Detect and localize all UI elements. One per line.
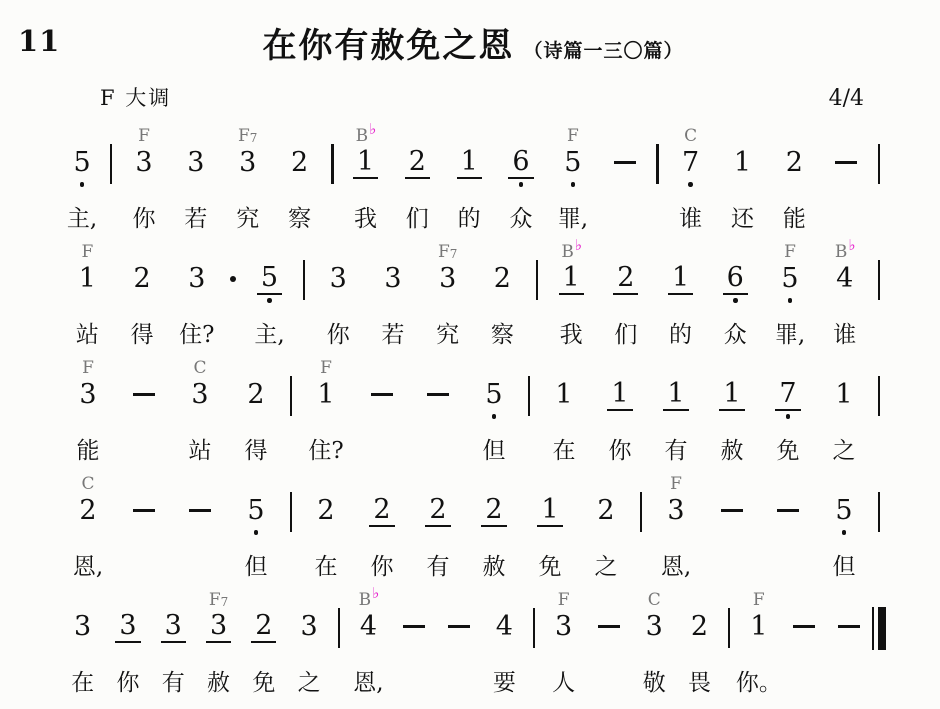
note-digit: 5 <box>481 380 506 410</box>
chord-letter: F <box>784 242 796 262</box>
chord-label: F <box>784 238 796 262</box>
barline <box>284 354 298 467</box>
note-cell: 3在 <box>60 586 105 699</box>
held-note-dash <box>116 378 172 411</box>
note-number: 3 <box>60 610 105 643</box>
barline-stroke <box>878 376 881 416</box>
lyric-char: 察 <box>491 306 514 351</box>
held-note-dash <box>586 610 631 643</box>
barline <box>872 122 886 235</box>
barline <box>527 586 541 699</box>
note-digit: 6 <box>508 147 533 179</box>
note-digit: 1 <box>668 263 693 295</box>
dash-cell <box>760 470 816 583</box>
octave-dot <box>267 295 272 306</box>
hymn-title: 在你有赦免之恩 <box>262 27 514 65</box>
note-digit: 4 <box>356 612 381 642</box>
note-digit: 4 <box>832 264 857 294</box>
note-cell: 3若 <box>170 122 222 235</box>
final-barline-strokes <box>872 607 887 650</box>
chord-label: F <box>558 586 570 610</box>
note-cell: C2恩, <box>60 470 116 583</box>
dash-stroke <box>793 625 815 628</box>
note-digit: 3 <box>131 148 156 178</box>
note-number: 1 <box>648 378 704 411</box>
chord-label: F7 <box>238 122 257 146</box>
barline-stroke <box>290 376 293 416</box>
note-digit: 5 <box>560 148 585 178</box>
note-cell: 1还 <box>717 122 769 235</box>
octave-dot-glyph <box>267 298 272 303</box>
chord-label: F <box>320 354 332 378</box>
note-digit: 2 <box>313 496 338 526</box>
flat-icon: ♭ <box>848 235 855 255</box>
note-number: 3 <box>222 146 274 179</box>
flat-icon: ♭ <box>575 235 582 255</box>
lyric-char: 恩, <box>661 538 691 583</box>
barline <box>872 354 886 467</box>
time-signature: 4/4 <box>829 86 864 111</box>
note-cell: 2之 <box>578 470 634 583</box>
lyric-char: 要 <box>493 654 516 699</box>
note-cell: B♭1我 <box>340 122 392 235</box>
note-digit: 1 <box>537 495 562 527</box>
lyric-char: 你 <box>371 538 394 583</box>
barline-stroke <box>533 608 536 648</box>
meta-row: F 大调 4/4 <box>100 82 864 112</box>
held-note-dash <box>354 378 410 411</box>
lyric-char: 得 <box>245 422 268 467</box>
lyric-char: 你。 <box>736 654 782 699</box>
augmentation-dot-cell <box>224 238 242 351</box>
note-digit: 2 <box>251 611 276 643</box>
note-number: 1 <box>544 262 599 295</box>
dash-stroke <box>371 393 393 396</box>
lyric-char: 众 <box>724 306 747 351</box>
chord-letter: F <box>138 126 150 146</box>
title-row: 在你有赦免之恩 （诗篇一三〇篇） <box>60 20 886 72</box>
lyric-char: 得 <box>131 306 154 351</box>
flat-icon: ♭ <box>372 583 379 603</box>
note-digit: 3 <box>184 264 209 294</box>
lyric-char: 谁 <box>679 190 702 235</box>
note-cell: 2畏 <box>677 586 722 699</box>
chord-subscript: 7 <box>221 592 229 612</box>
note-number: 3 <box>169 262 224 295</box>
note-number: 3 <box>648 494 704 527</box>
chord-letter: C <box>648 590 661 610</box>
lyric-char: 恩, <box>353 654 383 699</box>
note-number: 2 <box>677 610 722 643</box>
chord-letter: C <box>684 126 697 146</box>
lyric-char: 究 <box>436 306 459 351</box>
note-cell: F5罪, <box>547 122 599 235</box>
note-number: 3 <box>286 610 331 643</box>
note-cell: 2在 <box>298 470 354 583</box>
lyric-char: 你 <box>133 190 156 235</box>
dash-stroke <box>614 161 636 164</box>
note-number: 2 <box>115 262 170 295</box>
note-cell: F73究 <box>420 238 475 351</box>
octave-dot <box>492 411 497 422</box>
note-cell: 1在 <box>536 354 592 467</box>
note-digit: 1 <box>730 148 755 178</box>
dash-stroke <box>598 625 620 628</box>
barline-stroke <box>536 260 539 300</box>
lyric-char: 察 <box>288 190 311 235</box>
held-note-dash <box>827 610 872 643</box>
note-digit: 2 <box>287 148 312 178</box>
chord-label: F <box>138 122 150 146</box>
note-number: 1 <box>60 262 115 295</box>
octave-dot <box>254 527 259 538</box>
lyric-char: 免 <box>539 538 562 583</box>
held-note-dash <box>391 610 436 643</box>
octave-dot-glyph <box>571 182 576 187</box>
chord-letter: B <box>359 590 372 610</box>
chord-letter: F <box>238 126 250 146</box>
octave-dot <box>519 179 524 190</box>
chord-label: B♭ <box>359 586 379 610</box>
note-digit: 2 <box>369 495 394 527</box>
held-note-dash <box>704 494 760 527</box>
note-digit: 2 <box>490 264 515 294</box>
lyric-char: 们 <box>614 306 637 351</box>
chord-label: F <box>753 586 765 610</box>
lyric-char: 站 <box>76 306 99 351</box>
barline-stroke <box>656 144 659 184</box>
note-number: 5 <box>466 378 522 411</box>
lyric-char: 但 <box>245 538 268 583</box>
dash-cell <box>354 354 410 467</box>
held-note-dash <box>172 494 228 527</box>
dash-cell <box>781 586 826 699</box>
dash-stroke <box>777 509 799 512</box>
chord-letter: F <box>438 242 450 262</box>
note-cell: B♭1我 <box>544 238 599 351</box>
chord-label: C <box>193 354 206 378</box>
barline-stroke <box>528 376 531 416</box>
barline-stroke <box>290 492 293 532</box>
note-digit: 2 <box>613 263 638 295</box>
note-cell: 6众 <box>708 238 763 351</box>
note-number: 2 <box>578 494 634 527</box>
dash-cell <box>704 470 760 583</box>
chord-label: B♭ <box>561 238 581 262</box>
note-digit: 3 <box>435 264 460 294</box>
chord-letter: F <box>558 590 570 610</box>
lyric-char: 主, <box>67 190 97 235</box>
note-cell: C3敬 <box>632 586 677 699</box>
note-cell: 7免 <box>760 354 816 467</box>
held-note-dash <box>820 146 872 179</box>
system-3: F3能C3站2得F1住?5但1在1你1有1赦7免1之 <box>60 354 886 467</box>
barline <box>530 238 544 351</box>
note-cell: F1住? <box>298 354 354 467</box>
note-cell: 1你 <box>592 354 648 467</box>
dash-stroke <box>133 509 155 512</box>
chord-letter: B <box>356 126 369 146</box>
note-number: 5 <box>60 146 104 179</box>
barline <box>872 470 886 583</box>
dash-stroke <box>427 393 449 396</box>
octave-dot-glyph <box>842 530 847 535</box>
note-cell: F1站 <box>60 238 115 351</box>
lyric-char: 我 <box>560 306 583 351</box>
note-digit: 1 <box>559 263 584 295</box>
note-cell: F5罪, <box>763 238 818 351</box>
note-number: 2 <box>466 494 522 527</box>
note-number: 4 <box>482 610 527 643</box>
note-number: 5 <box>242 262 297 295</box>
note-number: 5 <box>763 262 818 295</box>
note-digit: 3 <box>663 496 688 526</box>
note-cell: 1之 <box>816 354 872 467</box>
note-number: 1 <box>298 378 354 411</box>
note-digit: 4 <box>492 612 517 642</box>
note-number: 4 <box>346 610 391 643</box>
held-note-dash <box>116 494 172 527</box>
lyric-char: 住? <box>308 422 343 467</box>
note-cell: 5但 <box>228 470 284 583</box>
dash-cell <box>172 470 228 583</box>
note-digit: 3 <box>187 380 212 410</box>
barline <box>651 122 665 235</box>
note-cell: 3若 <box>366 238 421 351</box>
note-digit: 1 <box>457 147 482 179</box>
chord-letter: F <box>82 358 94 378</box>
lyric-char: 能 <box>783 190 806 235</box>
dash-cell <box>410 354 466 467</box>
final-bar-thick <box>878 607 886 650</box>
note-cell: 3有 <box>151 586 196 699</box>
note-cell: 1赦 <box>704 354 760 467</box>
note-cell: B♭4谁 <box>817 238 872 351</box>
note-cell: 1的 <box>443 122 495 235</box>
note-cell: 4要 <box>482 586 527 699</box>
note-cell: F3你 <box>118 122 170 235</box>
octave-dot <box>80 179 85 190</box>
barline <box>522 354 536 467</box>
note-number: 1 <box>536 378 592 411</box>
note-digit: 1 <box>607 379 632 411</box>
note-cell: F3人 <box>541 586 586 699</box>
barline <box>104 122 118 235</box>
hymn-number: 11 <box>18 24 60 58</box>
note-digit: 3 <box>206 611 231 643</box>
note-number: 2 <box>391 146 443 179</box>
octave-dot-glyph <box>688 182 693 187</box>
chord-label: C <box>648 586 661 610</box>
note-number: 2 <box>298 494 354 527</box>
system-5: 3在3你3有F73赦2免3之B♭4恩,4要F3人C3敬2畏F1你。 <box>60 586 886 699</box>
note-digit: 3 <box>115 611 140 643</box>
note-digit: 3 <box>75 380 100 410</box>
note-number: 3 <box>170 146 222 179</box>
lyric-char: 之 <box>298 654 321 699</box>
note-digit: 3 <box>297 612 322 642</box>
system-4: C2恩,5但2在2你2有2赦1免2之F3恩,5但 <box>60 470 886 583</box>
note-cell: 2得 <box>115 238 170 351</box>
note-number: 1 <box>592 378 648 411</box>
chord-subscript: 7 <box>250 128 258 148</box>
chord-label: F7 <box>438 238 457 262</box>
lyric-char: 们 <box>406 190 429 235</box>
lyric-char: 有 <box>665 422 688 467</box>
dash-stroke <box>835 161 857 164</box>
note-number: 6 <box>495 146 547 179</box>
note-number: 2 <box>410 494 466 527</box>
note-cell: F73究 <box>222 122 274 235</box>
note-cell: 2们 <box>598 238 653 351</box>
lyric-char: 若 <box>381 306 404 351</box>
note-number: 3 <box>172 378 228 411</box>
octave-dot <box>786 411 791 422</box>
lyric-char: 你 <box>327 306 350 351</box>
lyric-char: 恩, <box>73 538 103 583</box>
lyric-char: 你 <box>116 654 139 699</box>
note-cell: 2你 <box>354 470 410 583</box>
note-number: 5 <box>228 494 284 527</box>
note-digit: 1 <box>353 147 378 179</box>
note-digit: 1 <box>313 380 338 410</box>
note-number: 3 <box>420 262 475 295</box>
note-cell: 3你 <box>105 586 150 699</box>
note-digit: 5 <box>257 263 282 295</box>
note-number: 1 <box>522 494 578 527</box>
barline-stroke <box>110 144 113 184</box>
dash-cell <box>116 354 172 467</box>
chord-letter: F <box>753 590 765 610</box>
octave-dot-glyph <box>733 298 738 303</box>
note-digit: 2 <box>481 495 506 527</box>
hymn-subtitle: （诗篇一三〇篇） <box>524 41 684 62</box>
note-digit: 2 <box>782 148 807 178</box>
note-cell: 2们 <box>391 122 443 235</box>
note-digit: 2 <box>405 147 430 179</box>
barline-stroke <box>303 260 306 300</box>
lyric-char: 但 <box>483 422 506 467</box>
note-digit: 2 <box>687 612 712 642</box>
note-cell: 2赦 <box>466 470 522 583</box>
chord-label: C <box>684 122 697 146</box>
lyric-char: 站 <box>189 422 212 467</box>
lyric-char: 的 <box>458 190 481 235</box>
lyric-char: 主, <box>254 306 284 351</box>
lyric-char: 有 <box>427 538 450 583</box>
barline-stroke <box>878 144 881 184</box>
dash-stroke <box>189 509 211 512</box>
chord-label: B♭ <box>356 122 376 146</box>
lyric-char: 住? <box>179 306 214 351</box>
note-number: 2 <box>274 146 326 179</box>
lyric-char: 免 <box>777 422 800 467</box>
chord-letter: F <box>567 126 579 146</box>
dash-stroke <box>448 625 470 628</box>
dash-cell <box>820 122 872 235</box>
dash-cell <box>116 470 172 583</box>
barline-stroke <box>640 492 643 532</box>
note-cell: 5主, <box>242 238 297 351</box>
note-digit: 1 <box>75 264 100 294</box>
chord-letter: C <box>193 358 206 378</box>
chord-label: F <box>567 122 579 146</box>
lyric-char: 免 <box>252 654 275 699</box>
lyric-char: 有 <box>162 654 185 699</box>
barline <box>332 586 346 699</box>
note-number: 2 <box>598 262 653 295</box>
note-number: 1 <box>816 378 872 411</box>
lyric-char: 在 <box>315 538 338 583</box>
note-number: 2 <box>60 494 116 527</box>
lyric-char: 能 <box>77 422 100 467</box>
chord-letter: B <box>835 242 848 262</box>
lyric-char: 赦 <box>483 538 506 583</box>
chord-label: F7 <box>209 586 228 610</box>
octave-dot-glyph <box>788 298 793 303</box>
lyric-char: 众 <box>510 190 533 235</box>
note-digit: 3 <box>70 612 95 642</box>
octave-dot <box>571 179 576 190</box>
lyric-char: 在 <box>71 654 94 699</box>
barline <box>634 470 648 583</box>
note-digit: 6 <box>723 263 748 295</box>
held-note-dash <box>760 494 816 527</box>
note-cell: 2察 <box>475 238 530 351</box>
dash-stroke <box>721 509 743 512</box>
note-number: 7 <box>760 378 816 411</box>
note-cell: 5但 <box>466 354 522 467</box>
barline-stroke <box>331 144 334 184</box>
note-cell: 5主, <box>60 122 104 235</box>
note-cell: 1有 <box>648 354 704 467</box>
note-number: 3 <box>60 378 116 411</box>
note-digit: 5 <box>69 148 94 178</box>
note-digit: 5 <box>831 496 856 526</box>
note-number: 3 <box>151 610 196 643</box>
barline-stroke <box>728 608 731 648</box>
note-number: 5 <box>547 146 599 179</box>
note-digit: 5 <box>243 496 268 526</box>
note-digit: 1 <box>663 379 688 411</box>
note-digit: 3 <box>235 148 260 178</box>
note-number: 3 <box>105 610 150 643</box>
note-number: 2 <box>475 262 530 295</box>
octave-dot <box>688 179 693 190</box>
note-number: 1 <box>736 610 781 643</box>
note-number: 3 <box>118 146 170 179</box>
lyric-char: 赦 <box>207 654 230 699</box>
lyric-char: 之 <box>833 422 856 467</box>
note-cell: 1免 <box>522 470 578 583</box>
barline <box>326 122 340 235</box>
note-digit: 1 <box>746 612 771 642</box>
note-digit: 7 <box>678 148 703 178</box>
note-number: 1 <box>443 146 495 179</box>
chord-letter: F <box>670 474 682 494</box>
note-cell: 3之 <box>286 586 331 699</box>
lyric-char: 的 <box>669 306 692 351</box>
barline-stroke <box>878 260 881 300</box>
note-number: 2 <box>354 494 410 527</box>
note-digit: 3 <box>183 148 208 178</box>
system-2: F1站2得3住?5主,3你3若F73究2察B♭1我2们1的6众F5罪,B♭4谁 <box>60 238 886 351</box>
note-digit: 2 <box>243 380 268 410</box>
systems: 5主,F3你3若F73究2察B♭1我2们1的6众F5罪,C7谁1还2能F1站2得… <box>60 122 886 699</box>
chord-letter: B <box>561 242 574 262</box>
note-digit: 3 <box>161 611 186 643</box>
dash-cell <box>436 586 481 699</box>
